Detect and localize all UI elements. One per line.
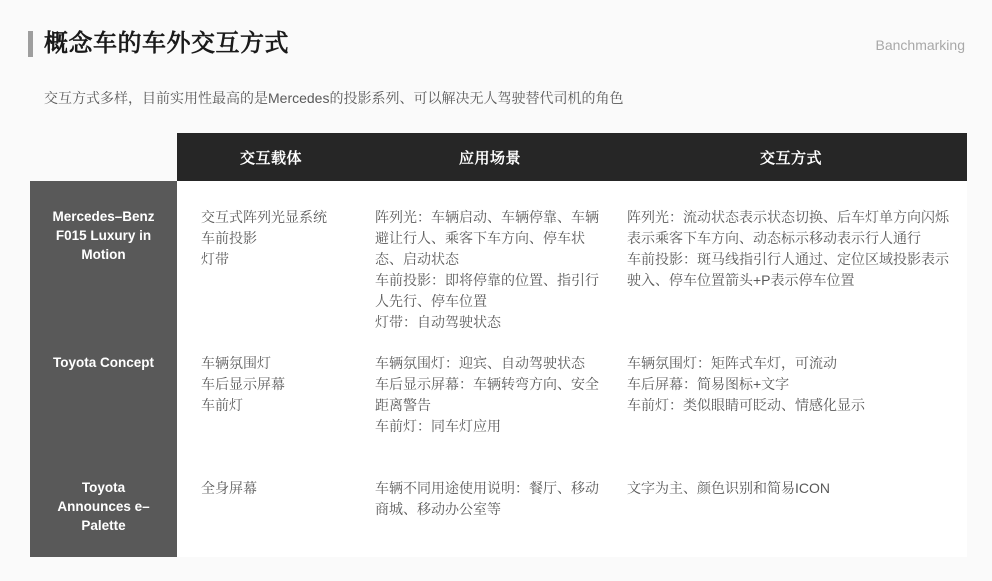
- page-title: 概念车的车外交互方式: [44, 30, 289, 58]
- cell-method-toyota-concept: 车辆氛围灯：矩阵式车灯，可流动 车后屏幕：简易图标+文字 车前灯：类似眼睛可眨动…: [615, 341, 967, 466]
- cell-carrier-toyota-epalette: 全身屏幕: [177, 466, 365, 557]
- cell-scenario-mercedes: 阵列光：车辆启动、车辆停靠、车辆避让行人、乘客下车方向、停车状态、启动状态 车前…: [365, 181, 615, 341]
- cell-scenario-toyota-concept: 车辆氛围灯：迎宾、自动驾驶状态 车后显示屏幕：车辆转弯方向、安全距离警告 车前灯…: [365, 341, 615, 466]
- column-header-scenario: 应用场景: [365, 147, 615, 168]
- cell-scenario-toyota-epalette: 车辆不同用途使用说明：餐厅、移动商城、移动办公室等: [365, 466, 615, 557]
- column-header-method: 交互方式: [615, 147, 967, 168]
- cell-carrier-mercedes: 交互式阵列光显系统 车前投影 灯带: [177, 181, 365, 341]
- title-block: 概念车的车外交互方式: [28, 30, 289, 58]
- subtitle: 交互方式多样，目前实用性最高的是Mercedes的投影系列、可以解决无人驾驶替代…: [44, 88, 623, 108]
- comparison-table: 交互载体 应用场景 交互方式 Mercedes–Benz F015 Luxury…: [30, 133, 967, 557]
- table-body: Mercedes–Benz F015 Luxury in Motion 交互式阵…: [30, 181, 967, 557]
- cell-method-mercedes: 阵列光：流动状态表示状态切换、后车灯单方向闪烁表示乘客下车方向、动态标示移动表示…: [615, 181, 967, 341]
- cell-method-toyota-epalette: 文字为主、颜色识别和简易ICON: [615, 466, 967, 557]
- cell-carrier-toyota-concept: 车辆氛围灯 车后显示屏幕 车前灯: [177, 341, 365, 466]
- table-header-row: 交互载体 应用场景 交互方式: [177, 133, 967, 181]
- row-label-toyota-epalette: Toyota Announces e–Palette: [30, 466, 177, 557]
- row-label-toyota-concept: Toyota Concept: [30, 341, 177, 466]
- column-header-carrier: 交互载体: [177, 147, 365, 168]
- title-accent-bar: [28, 31, 33, 57]
- watermark-label: Banchmarking: [876, 37, 966, 53]
- slide: 概念车的车外交互方式 Banchmarking 交互方式多样，目前实用性最高的是…: [0, 0, 992, 581]
- row-label-mercedes-f015: Mercedes–Benz F015 Luxury in Motion: [30, 181, 177, 341]
